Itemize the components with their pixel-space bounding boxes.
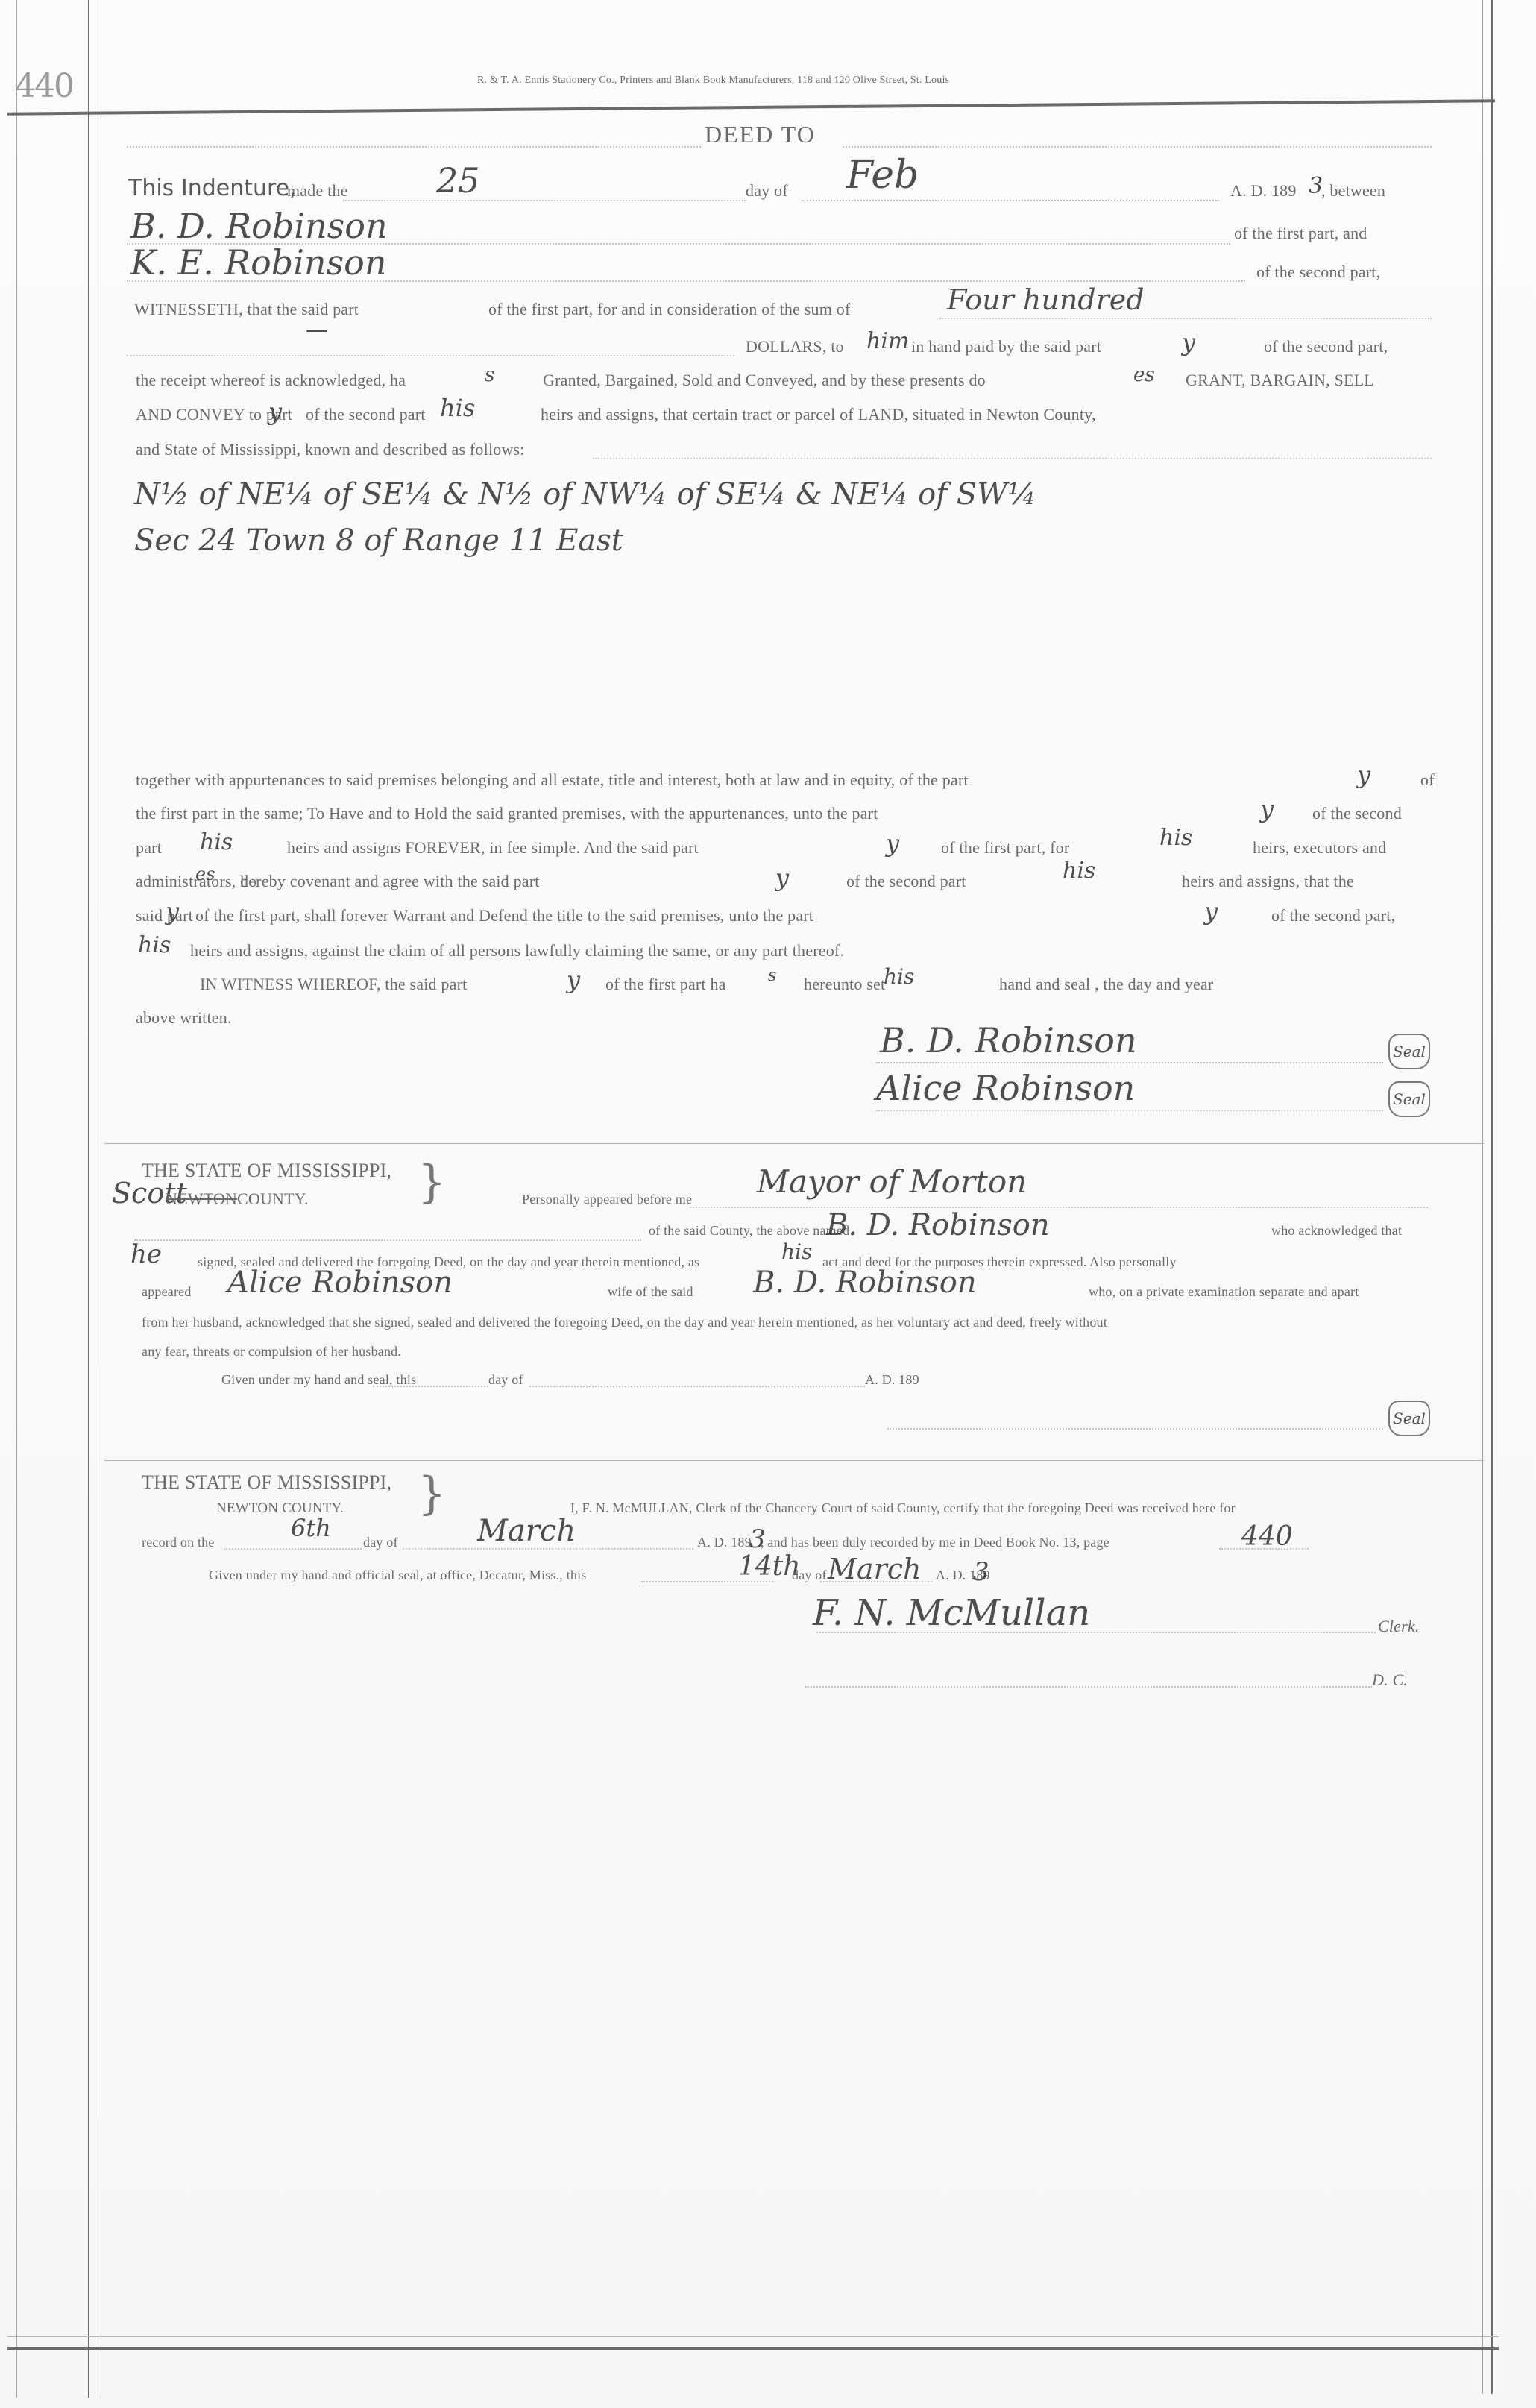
receipt-text: the receipt whereof is acknowledged, ha (136, 371, 406, 390)
ack-named-person: B. D. Robinson (826, 1208, 1050, 1242)
first-party-suffix: of the first part, and (1234, 224, 1367, 243)
described-rule (593, 458, 1432, 459)
cert-day-of: day of (363, 1535, 398, 1550)
day-of-label: day of (746, 181, 788, 201)
in-witness-text: IN WITNESS WHEREOF, the said part (200, 975, 467, 994)
habendum-line-5: said part (136, 906, 193, 925)
day-rule (343, 200, 746, 201)
habendum-line-5-post: of the second part, (1271, 906, 1395, 925)
first-party-name: B. D. Robinson (130, 206, 388, 246)
fill-does: es (1133, 364, 1155, 386)
in-witness-post: hand and seal , the day and year (999, 975, 1213, 994)
indenture-lead: This Indenture, (128, 175, 297, 201)
land-description-line-2: Sec 24 Town 8 of Range 11 East (134, 524, 623, 558)
wife-of-text: wife of the said (608, 1284, 693, 1300)
who-ack-text: who acknowledged that (1271, 1223, 1402, 1239)
signature-rule-2 (876, 1110, 1383, 1111)
appeared-before: Personally appeared before me (522, 1192, 692, 1207)
dollars-label: DOLLARS, to (746, 337, 844, 356)
of-county-text: of the said County, the above named (649, 1223, 849, 1239)
cert-ad: A. D. 189 (697, 1535, 752, 1550)
ack-officer: Mayor of Morton (757, 1163, 1027, 1200)
signature-alice-robinson: Alice Robinson (876, 1068, 1135, 1108)
seal-icon-2: Seal (1388, 1081, 1430, 1117)
left-margin-rule-inner (101, 0, 101, 2398)
cert-record-on: record on the (142, 1535, 215, 1550)
cert-given-year-digit: 3 (973, 1557, 989, 1587)
top-rule (7, 99, 1495, 115)
ack-line5: from her husband, acknowledged that she … (142, 1315, 1107, 1330)
habendum-line-6: heirs and assigns, against the claim of … (190, 941, 844, 961)
ack-his: his (781, 1239, 812, 1264)
cert-day: 6th (291, 1514, 331, 1542)
fill-has-2: s (768, 966, 776, 985)
described-text: and State of Mississippi, known and desc… (136, 440, 525, 459)
grant-bargain-text: GRANT, BARGAIN, SELL (1186, 371, 1374, 390)
cert-month: March (477, 1514, 576, 1548)
bottom-rule-thin (7, 2336, 1499, 2337)
cert-given: Given under my hand and official seal, a… (209, 1568, 586, 1583)
cert-given-month: March (828, 1553, 922, 1585)
in-witness-mid2: hereunto set (804, 975, 885, 994)
habendum-line-4-mid2: of the second part (846, 872, 966, 891)
cert-brace: } (418, 1468, 446, 1520)
dash-mark: — (306, 317, 328, 343)
document-title: DEED TO (705, 121, 816, 148)
dc-label: D. C. (1372, 1670, 1408, 1690)
title-rule-right (843, 146, 1432, 148)
fill-part-y-3: y (1357, 761, 1370, 789)
signature-bd-robinson: B. D. Robinson (880, 1020, 1137, 1060)
clerk-signature: F. N. McMullan (813, 1592, 1090, 1634)
fill-his-6: his (884, 964, 914, 989)
second-party-name: K. E. Robinson (130, 242, 386, 283)
fill-part-y-8: y (1204, 897, 1218, 925)
ack-day-rule (373, 1386, 488, 1387)
second-party-suffix: of the second part, (1256, 263, 1380, 282)
appeared-text: appeared (142, 1284, 192, 1300)
habendum-line-2: the first part in the same; To Have and … (136, 804, 878, 823)
indenture-day: 25 (436, 160, 480, 201)
who-private-text: who, on a private examination separate a… (1089, 1284, 1359, 1300)
second-part-text-1: of the second part, (1264, 337, 1388, 356)
ack-husband: B. D. Robinson (753, 1266, 977, 1300)
ack-brace: } (418, 1156, 446, 1208)
fill-part-y-6: y (775, 864, 789, 892)
made-the-label: made the (287, 181, 348, 201)
ack-he: he (130, 1239, 162, 1269)
fill-him: him (866, 328, 909, 354)
right-margin-rule (1491, 0, 1493, 2394)
fill-his-1: his (440, 394, 475, 422)
cert-divider (104, 1460, 1484, 1461)
fill-part-y-2: y (268, 397, 282, 426)
outer-left-rule (16, 0, 17, 2398)
ack-county-struck: NEWTON (166, 1189, 237, 1209)
habendum-line-1-post: of (1420, 770, 1435, 790)
fill-his-4: his (1063, 858, 1095, 884)
ack-ad: A. D. 189 (865, 1372, 919, 1388)
ack-wife-name: Alice Robinson (227, 1266, 453, 1300)
signature-rule-1 (876, 1062, 1383, 1063)
cert-recorded: , and has been duly recorded by me in De… (761, 1535, 1109, 1550)
habendum-line-4-post: heirs and assigns, that the (1182, 872, 1354, 891)
cert-day-rule (224, 1548, 362, 1550)
dc-rule (805, 1686, 1372, 1688)
indenture-month: Feb (846, 153, 919, 198)
fill-does-2: es (195, 864, 215, 884)
fill-his-2: his (200, 829, 233, 855)
cert-line1: I, F. N. McMULLAN, Clerk of the Chancery… (570, 1500, 1236, 1516)
cert-page: 440 (1241, 1521, 1293, 1552)
convey-mid: of the second part (306, 405, 426, 424)
habendum-line-5-mid: of the first part, shall forever Warrant… (195, 906, 813, 925)
ack-signature-rule (887, 1428, 1383, 1430)
clerk-signature-rule (816, 1632, 1376, 1633)
cert-month-rule (403, 1548, 693, 1550)
cert-given-day: 14th (738, 1551, 800, 1582)
habendum-line-3-post: heirs, executors and (1253, 838, 1386, 858)
ack-month-rule (529, 1386, 865, 1387)
consideration-sum: Four hundred (947, 283, 1145, 316)
bottom-rule (7, 2347, 1499, 2350)
ack-day-of: day of (488, 1372, 523, 1388)
witnesseth-mid: of the first part, for and in considerat… (488, 300, 851, 319)
seal-icon-1: Seal (1388, 1034, 1430, 1069)
fill-part-y-1: y (1182, 328, 1195, 356)
deed-page: 440 R. & T. A. Ennis Stationery Co., Pri… (0, 0, 1536, 2408)
ack-county-label: COUNTY. (237, 1189, 309, 1209)
officer-rule (690, 1207, 1428, 1208)
fill-part-y-4: y (1260, 795, 1274, 823)
habendum-line-2-post: of the second (1312, 804, 1402, 823)
between-label: , between (1321, 181, 1385, 201)
month-rule (802, 200, 1219, 201)
ack-line2-rule (134, 1239, 641, 1241)
margin-page-number: 440 (15, 67, 73, 105)
clerk-label: Clerk. (1378, 1617, 1420, 1636)
fill-his-3: his (1159, 825, 1192, 851)
ad-prefix: A. D. 189 (1230, 181, 1297, 201)
dollars-rule (127, 355, 734, 356)
hand-paid-text: in hand paid by the said part (911, 337, 1101, 356)
fill-part-y-9: y (567, 966, 580, 994)
habendum-line-1: together with appurtenances to said prem… (136, 770, 969, 790)
seal-icon-3: Seal (1388, 1401, 1430, 1436)
printer-line: R. & T. A. Ennis Stationery Co., Printer… (477, 75, 949, 87)
granted-text: Granted, Bargained, Sold and Conveyed, a… (543, 371, 986, 390)
ack-divider (104, 1143, 1484, 1144)
habendum-line-4-mid: hereby covenant and agree with the said … (240, 872, 540, 891)
ack-line6: any fear, threats or compulsion of her h… (142, 1344, 401, 1359)
habendum-line-3: heirs and assigns FOREVER, in fee simple… (287, 838, 699, 858)
sum-rule (939, 318, 1432, 319)
habendum-line-3-pre: part (136, 838, 162, 858)
in-witness-mid: of the first part ha (605, 975, 726, 994)
above-written: above written. (136, 1008, 232, 1028)
fill-part-y-5: y (886, 829, 899, 858)
left-margin-rule (88, 0, 89, 2398)
right-margin-rule-inner (1482, 0, 1483, 2394)
habendum-line-3-mid: of the first part, for (941, 838, 1069, 858)
fill-has: s (485, 364, 494, 386)
fill-part-y-7: y (166, 897, 179, 925)
cert-state: THE STATE OF MISSISSIPPI, (142, 1471, 391, 1494)
fill-his-5: his (138, 932, 171, 958)
title-rule-left (127, 146, 701, 148)
second-party-rule (127, 280, 1245, 282)
land-description-line-1: N½ of NE¼ of SE¼ & N½ of NW¼ of SE¼ & NE… (134, 477, 1036, 512)
convey-post: heirs and assigns, that certain tract or… (541, 405, 1096, 424)
